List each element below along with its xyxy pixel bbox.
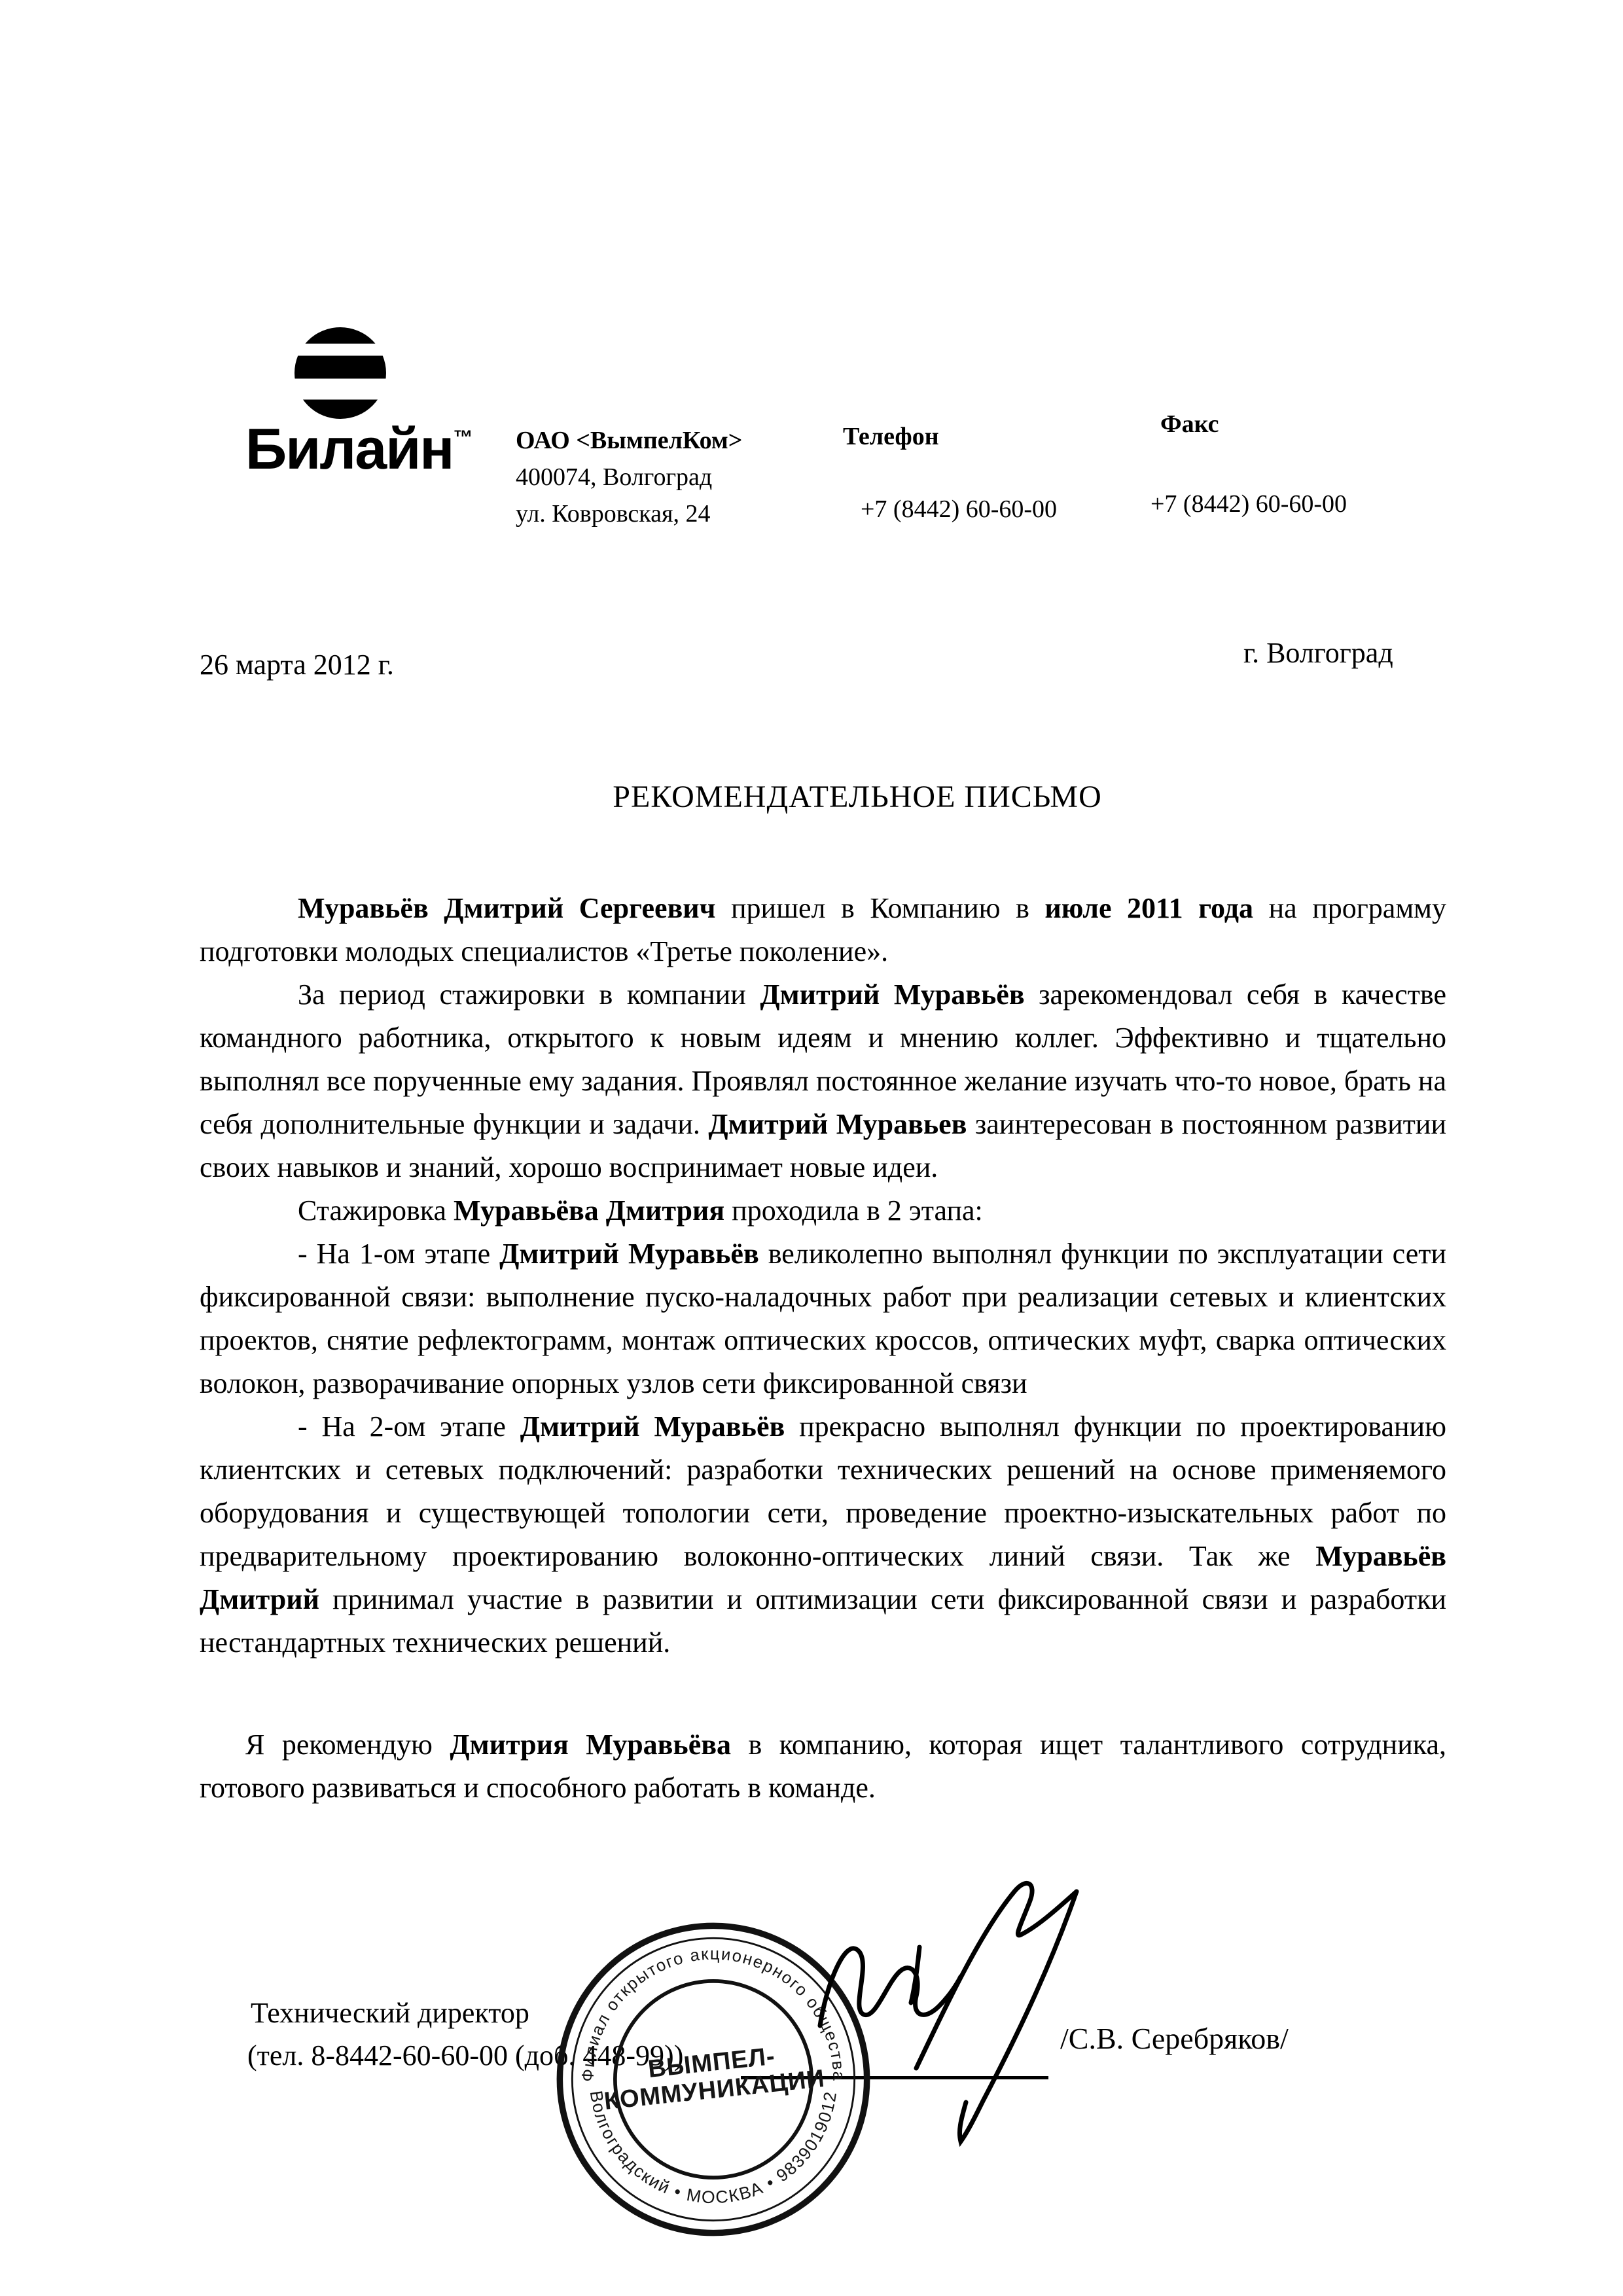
signature-stroke-flourish	[916, 1883, 1077, 2068]
company-address-line1: 400074, Волгоград	[516, 459, 742, 495]
phone-label: Телефон	[843, 422, 939, 451]
brand-name: Билайн	[245, 416, 453, 481]
signer-role: Технический директор	[251, 1996, 529, 2030]
signature-stroke-loops	[820, 1948, 961, 2026]
handwritten-signature	[753, 1872, 1119, 2199]
fax-value: +7 (8442) 60-60-00	[1150, 490, 1347, 518]
trademark-symbol: ™	[453, 427, 473, 448]
paragraph-stage-1: - На 1-ом этапе Дмитрий Муравьёв великол…	[200, 1232, 1446, 1405]
paragraph-stage-2: - На 2-ом этапе Дмитрий Муравьёв прекрас…	[200, 1405, 1446, 1664]
paragraph-stages-lead: Стажировка Муравьёва Дмитрия проходила в…	[200, 1189, 1446, 1232]
paragraph-internship: За период стажировки в компании Дмитрий …	[200, 973, 1446, 1189]
letter-date: 26 марта 2012 г.	[200, 648, 394, 681]
letter-body: Муравьёв Дмитрий Сергеевич пришел в Комп…	[200, 887, 1446, 1810]
company-address-line2: ул. Ковровская, 24	[516, 495, 742, 532]
letter-city: г. Волгоград	[1243, 636, 1393, 670]
paragraph-recommendation: Я рекомендую Дмитрия Муравьёва в компани…	[200, 1723, 1446, 1810]
fax-label: Факс	[1160, 410, 1219, 439]
phone-value: +7 (8442) 60-60-00	[861, 495, 1057, 524]
letter-page: Билайн™ ОАО <ВымпелКом> 400074, Волгогра…	[0, 0, 1623, 2296]
paragraph-intro: Муравьёв Дмитрий Сергеевич пришел в Комп…	[200, 887, 1446, 973]
company-address-block: ОАО <ВымпелКом> 400074, Волгоград ул. Ко…	[516, 422, 742, 532]
brand-wordmark: Билайн™	[245, 420, 473, 478]
company-name: ОАО <ВымпелКом>	[516, 422, 742, 459]
letter-title: РЕКОМЕНДАТЕЛЬНОЕ ПИСЬМО	[613, 779, 1101, 815]
beeline-sphere-logo-icon	[294, 327, 386, 419]
